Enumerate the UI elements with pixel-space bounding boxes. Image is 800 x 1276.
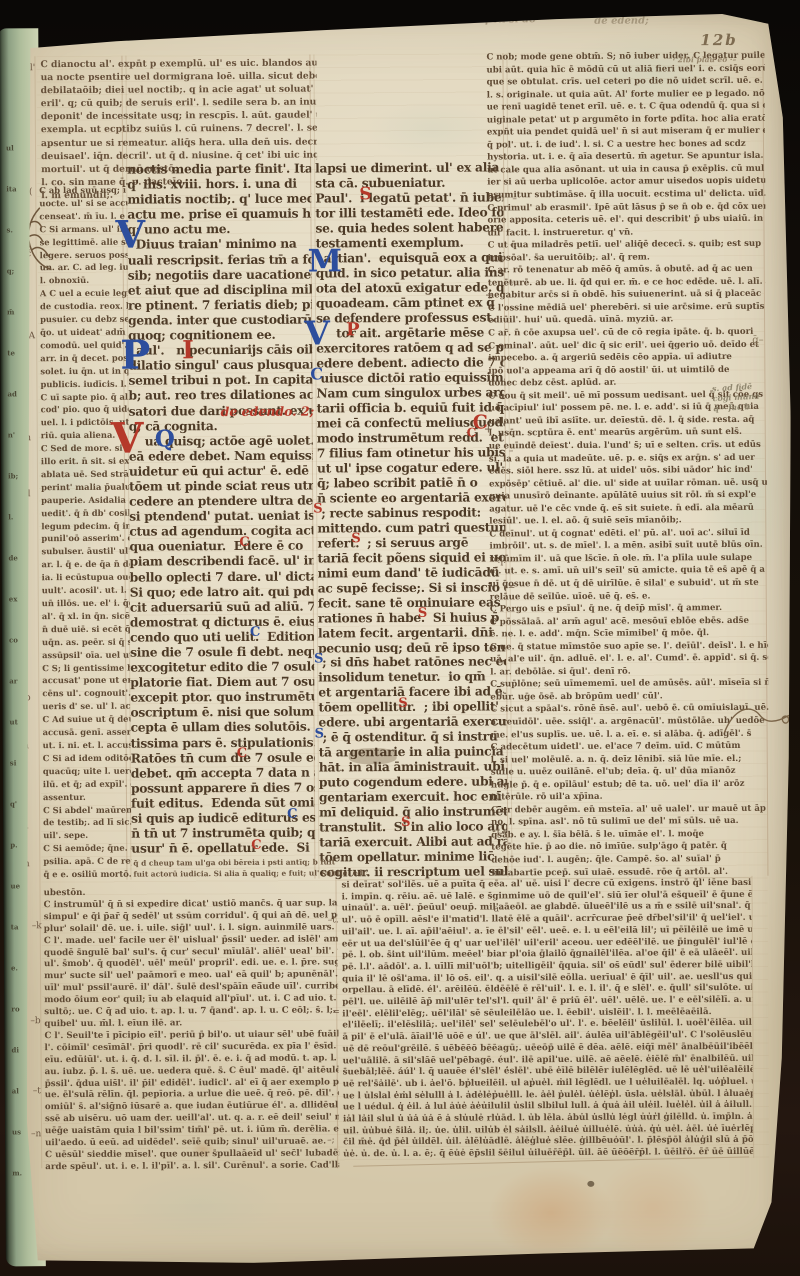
text-line: al bbox=[12, 1087, 22, 1095]
text-line: ue bbox=[10, 882, 20, 890]
margin-mark: –. bbox=[329, 1100, 336, 1109]
margin-mark: C bbox=[310, 366, 323, 382]
margin-mark: – bbox=[331, 1056, 336, 1065]
text-line: ex bbox=[9, 595, 19, 603]
text-line: l. bbox=[8, 513, 18, 521]
manuscript-page: C dianoctu al'. expn̄t p exemplū. ul' es… bbox=[0, 0, 800, 1276]
margin-mark: ·i· bbox=[498, 559, 507, 568]
decorated-initial: M bbox=[308, 246, 343, 277]
text-line: ib; bbox=[8, 472, 18, 480]
text-line: e. bbox=[11, 964, 21, 972]
decorated-initial: V bbox=[304, 316, 330, 349]
text-line: q' bbox=[10, 800, 20, 808]
decorated-initial: Q bbox=[155, 427, 175, 450]
margin-mark: – bbox=[509, 447, 514, 456]
folio-annotation: · 2ibi plau eo ·– bbox=[672, 56, 736, 64]
text-line: de bbox=[8, 554, 18, 562]
margin-mark: = bbox=[332, 1008, 340, 1017]
running-title-right: de edend; bbox=[594, 15, 649, 26]
text-line: n' bbox=[8, 431, 18, 439]
decorated-initial: I bbox=[182, 337, 194, 362]
decorated-initial: V bbox=[115, 216, 145, 254]
top-margin-scribble: ij bbox=[418, 4, 427, 16]
margin-mark: C bbox=[239, 536, 249, 549]
margin-mark: –: bbox=[510, 241, 518, 250]
decorated-initial: S bbox=[359, 186, 371, 203]
text-line: si bbox=[10, 759, 20, 767]
margin-mark: + bbox=[484, 423, 493, 434]
text-line: di bbox=[11, 1046, 21, 1054]
margin-mark: –b bbox=[30, 1017, 40, 1026]
margin-mark: a– bbox=[494, 905, 504, 914]
text-line: s. bbox=[6, 226, 16, 234]
margin-mark: –n bbox=[31, 1130, 41, 1139]
margin-mark: – bbox=[510, 607, 515, 616]
margin-mark: S bbox=[398, 697, 407, 710]
margin-mark: – bbox=[508, 655, 513, 664]
text-line: ar bbox=[9, 677, 19, 685]
margin-mark: S bbox=[351, 532, 360, 545]
margin-mark: = bbox=[508, 583, 516, 592]
margin-mark: S bbox=[314, 652, 323, 665]
margin-mark: S bbox=[313, 502, 322, 515]
margin-mark: ·i· bbox=[496, 689, 505, 698]
margin-mark: C bbox=[251, 839, 261, 852]
manuscript-photo: ulitas.q;m̄teadn'ib;l.deexcoarutsiq'p.ue… bbox=[0, 0, 800, 1276]
margin-mark: q̄– bbox=[752, 336, 763, 346]
margin-mark: S bbox=[401, 816, 410, 829]
margin-mark: C bbox=[237, 747, 247, 760]
margin-mark: 1– bbox=[495, 829, 505, 838]
margin-mark: –; bbox=[509, 279, 517, 288]
margin-mark: –t bbox=[33, 1087, 41, 1096]
margin-mark: C bbox=[287, 808, 297, 821]
margin-mark: C bbox=[250, 626, 260, 639]
text-line: ad bbox=[7, 390, 17, 398]
photo-tilt-wrapper: ulitas.q;m̄teadn'ib;l.deexcoarutsiq'p.ue… bbox=[0, 0, 800, 1276]
decorated-initial: V bbox=[111, 418, 144, 460]
text-line: ro bbox=[11, 1005, 21, 1013]
margin-mark: + bbox=[485, 289, 494, 300]
margin-mark: C bbox=[467, 427, 477, 439]
text-line: ita bbox=[6, 185, 16, 193]
text-line: te bbox=[7, 349, 17, 357]
text-line: ta bbox=[11, 923, 21, 931]
plummet-margin-note: s. ad fidēcogi munaq̄ – fac b bbox=[712, 381, 761, 414]
initials-and-marks-layer: VPIde edendo. 2;VQSMVPCCCCCCCCSSSSSSS–––… bbox=[0, 0, 800, 1276]
text-line: co bbox=[9, 636, 19, 644]
folio-number: 12b bbox=[700, 32, 737, 48]
spine-edge-text: ulitas.q;m̄teadn'ib;l.deexcoarutsiq'p.ue… bbox=[6, 144, 23, 1177]
decorated-initial: P bbox=[346, 321, 360, 339]
text-line: m̄ bbox=[7, 308, 17, 316]
margin-mark: – bbox=[513, 167, 518, 176]
decorated-initial: P bbox=[120, 336, 150, 376]
margin-mark: –t. bbox=[328, 916, 339, 925]
text-line: m. bbox=[12, 1169, 22, 1177]
text-line: ut bbox=[9, 718, 19, 726]
text-line: ul bbox=[6, 144, 16, 152]
margin-mark: –; bbox=[327, 1136, 335, 1145]
margin-mark: – bbox=[512, 195, 517, 204]
text-line: p. bbox=[10, 841, 20, 849]
margin-mark: S bbox=[418, 607, 427, 620]
text-line: us bbox=[12, 1128, 22, 1136]
running-title-left: de pēn si dō bbox=[468, 14, 536, 25]
margin-pen-squiggle-icon bbox=[722, 700, 792, 742]
text-line: q; bbox=[7, 267, 17, 275]
margin-mark: –k bbox=[32, 922, 42, 931]
margin-mark: S bbox=[315, 727, 324, 740]
margin-mark: de edendo. 2; bbox=[221, 406, 315, 419]
